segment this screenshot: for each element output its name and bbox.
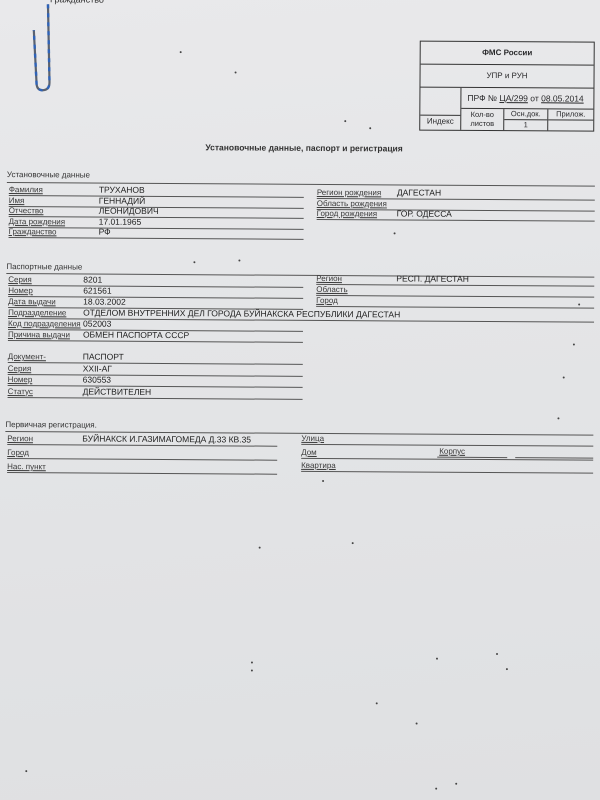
passport-region-field-label: Область bbox=[316, 285, 347, 294]
field-underline bbox=[8, 385, 303, 388]
old-document-field-label: Номер bbox=[8, 375, 33, 384]
passport-region-field-value: РЕСП. ДАГЕСТАН bbox=[396, 273, 469, 283]
old-document-field-label: Статус bbox=[8, 387, 33, 396]
old-document-field-value: XXII-АГ bbox=[83, 363, 112, 373]
scan-speck bbox=[322, 480, 324, 482]
scan-speck bbox=[352, 542, 354, 544]
personal-field-label: Дата рождения bbox=[9, 217, 65, 226]
scan-speck bbox=[455, 783, 457, 785]
passport-field-label: Код подразделения bbox=[8, 319, 81, 328]
document-page: Гражданство ФМС России УПР и РУН Индекс … bbox=[0, 0, 600, 800]
index-label: Индекс bbox=[420, 115, 460, 128]
clipped-top-label: Гражданство bbox=[50, 0, 104, 5]
scan-speck bbox=[496, 653, 498, 655]
personal-field-label: Гражданство bbox=[9, 227, 57, 236]
passport-field-label: Дата выдачи bbox=[8, 297, 56, 306]
old-document-field-value: ПАСПОРТ bbox=[83, 352, 124, 362]
scan-speck bbox=[436, 658, 438, 660]
field-underline bbox=[316, 295, 594, 298]
scan-speck bbox=[578, 304, 580, 306]
passport-field-value: 621561 bbox=[83, 286, 111, 296]
registration-field-label: Город bbox=[7, 448, 29, 457]
personal-field-label: Имя bbox=[9, 196, 25, 205]
scan-speck bbox=[416, 723, 418, 725]
main-doc-label: Осн.док. bbox=[504, 109, 547, 120]
birth-field-value: ДАГЕСТАН bbox=[397, 187, 441, 197]
scan-speck bbox=[435, 788, 437, 790]
field-underline bbox=[317, 219, 595, 222]
field-underline bbox=[8, 362, 303, 365]
section-passport-title: Паспортные данные bbox=[6, 262, 82, 271]
scan-speck bbox=[251, 670, 253, 672]
personal-field-value: ТРУХАНОВ bbox=[99, 185, 145, 195]
korpus-label: Корпус bbox=[439, 447, 465, 456]
scan-speck bbox=[506, 668, 508, 670]
passport-region-field-label: Регион bbox=[316, 274, 342, 283]
field-underline bbox=[316, 284, 594, 287]
old-document-field-value: ДЕЙСТВИТЕЛЕН bbox=[83, 386, 152, 396]
section-registration-title: Первичная регистрация. bbox=[5, 420, 96, 430]
attachment-label: Прилож. bbox=[548, 109, 593, 120]
field-underline bbox=[8, 340, 303, 343]
paperclip-icon bbox=[27, 2, 58, 92]
personal-field-label: Фамилия bbox=[9, 185, 43, 194]
registration-address-field-label: Улица bbox=[301, 434, 324, 443]
scan-speck bbox=[180, 51, 182, 53]
field-underline bbox=[301, 471, 593, 474]
registration-address-field-label: Квартира bbox=[301, 461, 336, 470]
sheets-label: Кол-во листов bbox=[461, 109, 504, 130]
scan-speck bbox=[557, 417, 559, 419]
passport-field-value: ОБМЕН ПАСПОРТА СССР bbox=[83, 330, 189, 341]
divider bbox=[7, 182, 595, 187]
department-name: УПР и РУН bbox=[420, 65, 593, 89]
passport-field-value: ОТДЕЛОМ ВНУТРЕННИХ ДЕЛ ГОРОДА БУЙНАКСКА … bbox=[83, 308, 400, 320]
passport-field-value: 8201 bbox=[83, 275, 102, 285]
field-underline bbox=[7, 472, 277, 475]
document-title: Установочные данные, паспорт и регистрац… bbox=[0, 141, 599, 155]
prf-line: ПРФ № ЦА/299 от 08.05.2014 bbox=[461, 88, 593, 110]
birth-field-label: Область рождения bbox=[317, 198, 387, 207]
scan-speck bbox=[259, 547, 261, 549]
prf-number: ЦА/299 bbox=[499, 93, 528, 103]
passport-field-label: Причина выдачи bbox=[8, 330, 70, 339]
scan-speck bbox=[344, 120, 346, 122]
scan-speck bbox=[573, 344, 575, 346]
scan-speck bbox=[238, 259, 240, 261]
scan-speck bbox=[369, 127, 371, 129]
registration-stamp-box: ФМС России УПР и РУН Индекс ПРФ № ЦА/299… bbox=[419, 41, 595, 132]
section-personal-title: Установочные данные bbox=[7, 170, 90, 180]
field-underline bbox=[9, 195, 304, 198]
field-underline bbox=[9, 237, 304, 240]
birth-field-label: Город рождения bbox=[317, 209, 377, 218]
registration-field-label: Нас. пункт bbox=[7, 462, 46, 471]
scan-speck bbox=[193, 261, 195, 263]
field-underline bbox=[7, 458, 277, 461]
scan-speck bbox=[251, 662, 253, 664]
field-underline bbox=[8, 285, 303, 288]
personal-field-label: Отчество bbox=[9, 206, 44, 215]
prf-date: 08.05.2014 bbox=[541, 93, 584, 103]
old-document-field-label: Серия bbox=[8, 364, 32, 373]
field-underline bbox=[8, 374, 303, 377]
birth-field-value: ГОР. ОДЕССА bbox=[397, 208, 452, 218]
registration-field-label: Регион bbox=[7, 434, 33, 443]
field-underline bbox=[8, 397, 303, 400]
passport-field-label: Серия bbox=[8, 275, 32, 284]
personal-field-value: РФ bbox=[99, 227, 111, 237]
registration-field-value: БУЙНАКСК И.ГАЗИМАГОМЕДА Д.33 КВ.35 bbox=[82, 434, 251, 445]
passport-field-label: Подразделение bbox=[8, 308, 66, 317]
scan-speck bbox=[25, 770, 27, 772]
passport-field-value: 18.03.2002 bbox=[83, 297, 126, 307]
passport-field-label: Номер bbox=[8, 286, 33, 295]
personal-field-value: ЛЕОНИДОВИЧ bbox=[99, 206, 159, 216]
scan-speck bbox=[376, 702, 378, 704]
scan-speck bbox=[394, 232, 396, 234]
old-document-field-label: Документ- bbox=[8, 352, 46, 361]
passport-field-value: 052003 bbox=[83, 319, 111, 329]
scan-speck bbox=[235, 71, 237, 73]
agency-name: ФМС России bbox=[421, 42, 594, 66]
main-doc-value: 1 bbox=[504, 120, 547, 130]
old-document-field-value: 630553 bbox=[83, 375, 111, 385]
scan-speck bbox=[563, 376, 565, 378]
personal-field-value: ГЕННАДИЙ bbox=[99, 195, 146, 205]
birth-field-label: Регион рождения bbox=[317, 188, 381, 197]
passport-region-field-label: Город bbox=[316, 296, 338, 305]
personal-field-value: 17.01.1965 bbox=[99, 216, 142, 226]
registration-address-field-label: Дом bbox=[301, 447, 317, 456]
